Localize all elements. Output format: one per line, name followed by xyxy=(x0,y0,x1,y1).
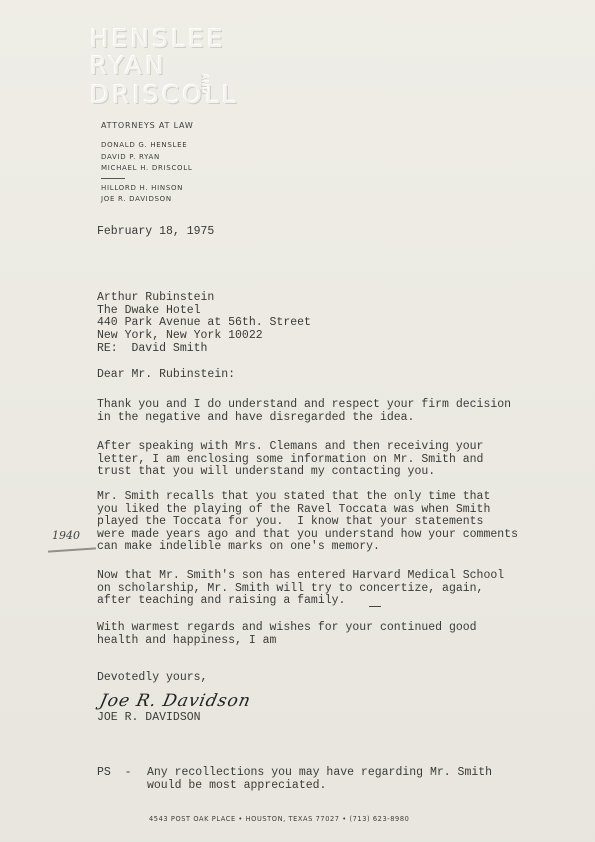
recipient-line: The Dwake Hotel xyxy=(97,304,201,317)
letterhead-divider xyxy=(101,178,125,179)
letterhead-firm-line-3: DRISCOLL xyxy=(90,82,239,107)
letterhead-partners: DONALD G. HENSLEE DAVID P. RYAN MICHAEL … xyxy=(101,140,192,206)
postscript-label: PS - xyxy=(97,767,132,780)
associate-name: JOE R. DAVIDSON xyxy=(101,194,192,206)
signer-name: JOE R. DAVIDSON xyxy=(97,712,201,725)
postscript-text: Any recollections you may have regarding… xyxy=(147,767,492,792)
pen-mark xyxy=(369,606,381,607)
recipient-line: New York, New York 10022 xyxy=(97,329,263,342)
letterhead-heading: ATTORNEYS AT LAW xyxy=(101,121,194,130)
recipient-line: 440 Park Avenue at 56th. Street xyxy=(97,316,311,329)
body-paragraph-5: With warmest regards and wishes for your… xyxy=(97,622,477,647)
letterhead-firm-line-2: RYAN xyxy=(90,53,167,78)
letterhead-and-mark: AND xyxy=(200,74,209,95)
associate-name: HILLORD H. HINSON xyxy=(101,183,192,195)
partner-name: DAVID P. RYAN xyxy=(101,152,192,164)
handwritten-annotation: 1940 xyxy=(52,529,80,542)
body-paragraph-3: Mr. Smith recalls that you stated that t… xyxy=(97,491,518,554)
body-paragraph-2: After speaking with Mrs. Clemans and the… xyxy=(97,441,483,479)
salutation: Dear Mr. Rubinstein: xyxy=(97,369,235,382)
body-paragraph-4: Now that Mr. Smith's son has entered Har… xyxy=(97,570,504,608)
letterhead-firm-line-1: HENSLEE xyxy=(90,26,226,51)
body-paragraph-1: Thank you and I do understand and respec… xyxy=(97,399,511,424)
partner-name: MICHAEL H. DRISCOLL xyxy=(101,163,192,175)
letter-date: February 18, 1975 xyxy=(97,226,214,239)
handwritten-signature: Joe R. Davidson xyxy=(98,691,253,711)
closing: Devotedly yours, xyxy=(97,672,207,685)
recipient-line: Arthur Rubinstein xyxy=(97,291,214,304)
letterhead-footer-address: 4543 POST OAK PLACE • HOUSTON, TEXAS 770… xyxy=(149,815,409,823)
partner-name: DONALD G. HENSLEE xyxy=(101,140,192,152)
recipient-address: Arthur Rubinstein The Dwake Hotel 440 Pa… xyxy=(97,292,311,342)
subject-line: RE: David Smith xyxy=(97,343,207,356)
